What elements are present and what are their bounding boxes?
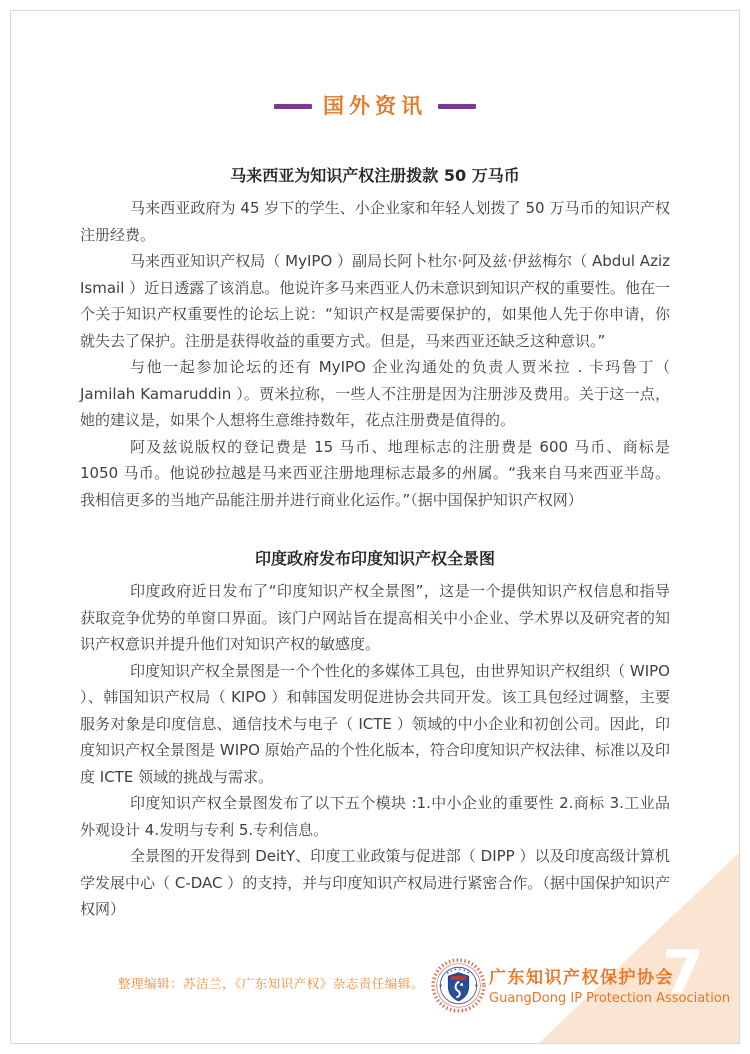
article-title: 马来西亚为知识产权注册拨款 50 万马币	[0, 163, 750, 186]
magazine-page: 国外资讯 马来西亚为知识产权注册拨款 50 万马币 马来西亚政府为 45 岁下的…	[0, 0, 750, 1054]
article-paragraph: 阿及兹说版权的登记费是 15 马币、地理标志的注册费是 600 马币、商标是 1…	[80, 434, 670, 514]
association-name-block: 广东知识产权保护协会 GuangDong IP Protection Assoc…	[489, 968, 730, 1006]
section-header-title: 国外资讯	[323, 93, 427, 119]
article-title: 印度政府发布印度知识产权全景图	[0, 546, 750, 569]
article-paragraph: 印度政府近日发布了“印度知识产权全景图”，这是一个提供知识产权信息和指导获取竞争…	[80, 578, 670, 658]
association-name-cn: 广东知识产权保护协会	[489, 968, 730, 988]
article-paragraph: 马来西亚知识产权局（ MyIPO ）副局长阿卜杜尔·阿及兹·伊兹梅尔（ Abdu…	[80, 248, 670, 354]
article-body: 印度政府近日发布了“印度知识产权全景图”，这是一个提供知识产权信息和指导获取竞争…	[80, 578, 670, 923]
association-logo-icon	[430, 957, 487, 1014]
article-malaysia: 马来西亚为知识产权注册拨款 50 万马币 马来西亚政府为 45 岁下的学生、小企…	[0, 163, 750, 513]
article-paragraph: 全景图的开发得到 DeitY、印度工业政策与促进部（ DIPP ）以及印度高级计…	[80, 843, 670, 923]
article-paragraph: 印度知识产权全景图是一个个性化的多媒体工具包，由世界知识产权组织（ WIPO ）…	[80, 658, 670, 791]
article-paragraph: 马来西亚政府为 45 岁下的学生、小企业家和年轻人划拨了 50 万马币的知识产权…	[80, 195, 670, 248]
association-name-en: GuangDong IP Protection Association	[489, 991, 730, 1006]
header-dash-right-icon	[438, 104, 476, 109]
article-paragraph: 印度知识产权全景图发布了以下五个模块 :1.中小企业的重要性 2.商标 3.工业…	[80, 790, 670, 843]
article-paragraph: 与他一起参加论坛的还有 MyIPO 企业沟通处的负责人贾米拉 . 卡玛鲁丁（ J…	[80, 354, 670, 434]
article-india: 印度政府发布印度知识产权全景图 印度政府近日发布了“印度知识产权全景图”，这是一…	[0, 546, 750, 923]
header-dash-left-icon	[274, 104, 312, 109]
section-header: 国外资讯	[0, 0, 750, 119]
article-body: 马来西亚政府为 45 岁下的学生、小企业家和年轻人划拨了 50 万马币的知识产权…	[80, 195, 670, 513]
editor-note: 整理编辑：苏洁兰，《广东知识产权》杂志责任编辑。	[118, 974, 424, 992]
